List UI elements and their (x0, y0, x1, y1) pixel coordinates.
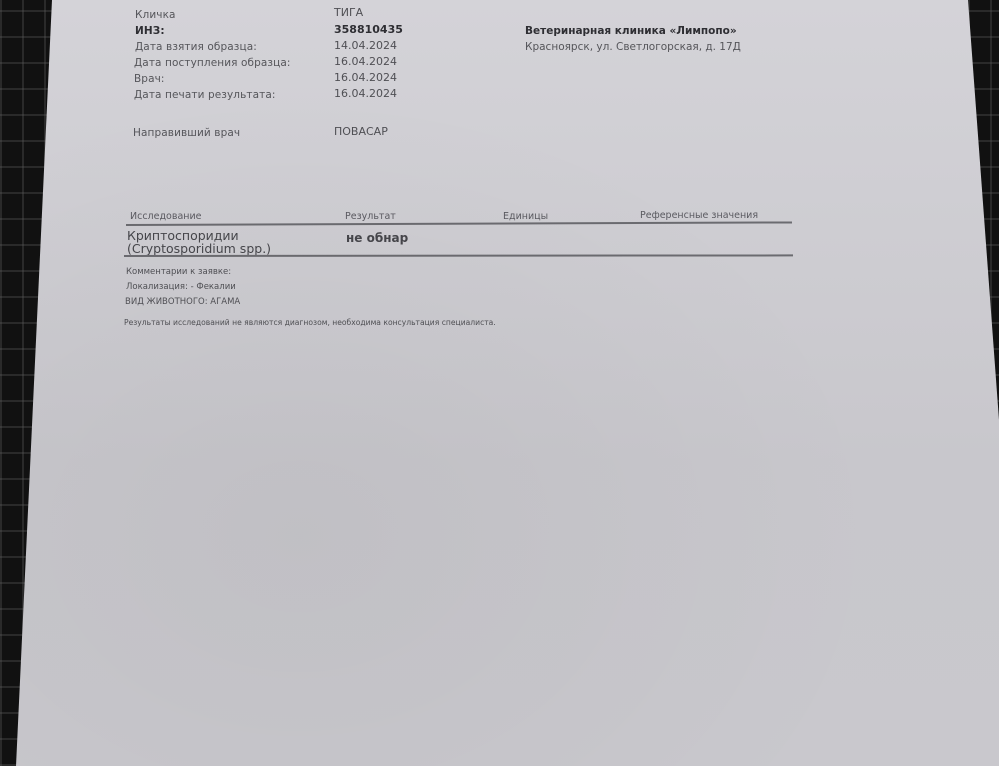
col-header-test: Исследование (130, 211, 202, 222)
lab-result-sheet: Кличка ТИГА ИНЗ: 358810435 Дата взятия о… (0, 0, 999, 766)
value-name: ТИГА (334, 6, 363, 19)
clinic-name: Ветеринарная клиника «Лимпопо» (525, 25, 737, 37)
clinic-address: Красноярск, ул. Светлогорская, д. 17Д (525, 41, 741, 53)
value-sample-taken: 14.04.2024 (334, 39, 397, 52)
col-header-units: Единицы (503, 211, 548, 222)
value-doctor: 16.04.2024 (334, 71, 397, 84)
label-sample-taken: Дата взятия образца: (135, 41, 257, 53)
test-name-latin: (Cryptosporidium spp.) (127, 241, 271, 256)
label-sample-received: Дата поступления образца: (134, 57, 291, 69)
row-rule (124, 254, 793, 256)
test-result: не обнар (346, 231, 408, 245)
value-sample-received: 16.04.2024 (334, 55, 397, 68)
label-name: Кличка (135, 9, 176, 21)
value-inz: 358810435 (334, 23, 403, 36)
label-doctor: Врач: (134, 73, 165, 85)
label-referring-doctor: Направивший врач (133, 127, 240, 139)
label-inz: ИНЗ: (135, 25, 165, 37)
header-rule (126, 221, 792, 225)
label-print-date: Дата печати результата: (134, 89, 276, 101)
comments-animal: ВИД ЖИВОТНОГО: АГАМА (125, 297, 240, 307)
value-print-date: 16.04.2024 (334, 87, 397, 100)
col-header-result: Результат (345, 211, 396, 222)
comments-title: Комментарии к заявке: (126, 267, 231, 277)
value-referring-doctor: ПОВАСАР (334, 125, 388, 138)
test-name: Криптоспоридии (127, 228, 239, 243)
col-header-reference: Референсные значения (640, 210, 758, 221)
disclaimer: Результаты исследований не являются диаг… (124, 318, 496, 327)
comments-localization: Локализация: - Фекалии (126, 282, 236, 292)
